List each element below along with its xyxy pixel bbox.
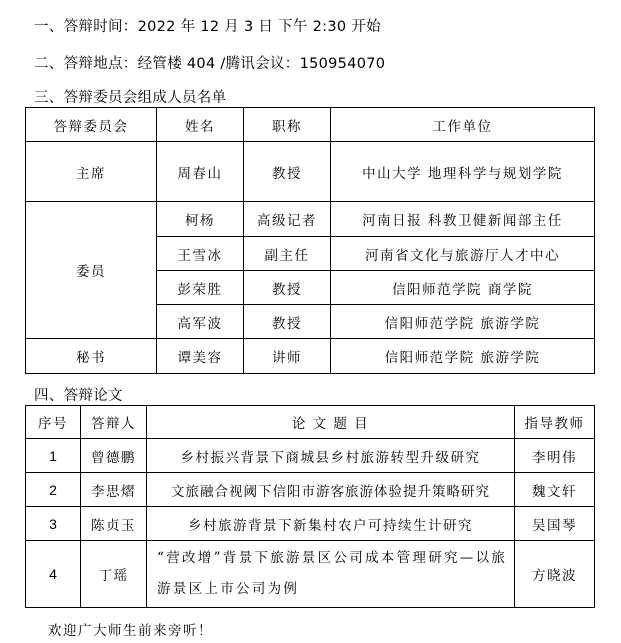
title-cell: 教授 bbox=[244, 305, 331, 339]
advisor-cell: 李明伟 bbox=[515, 439, 595, 473]
unit-cell: 信阳师范学院 旅游学院 bbox=[331, 305, 595, 339]
column-header: 答辩委员会 bbox=[26, 108, 157, 142]
thesis-section-title: 四、答辩论文 bbox=[34, 384, 123, 405]
title-cell: 教授 bbox=[244, 142, 331, 202]
defense-location: 二、答辩地点：经管楼 404 /腾讯会议：150954070 bbox=[34, 52, 385, 73]
column-header: 答辩人 bbox=[81, 406, 147, 439]
title-cell: 教授 bbox=[244, 271, 331, 305]
title-cell: 讲师 bbox=[244, 339, 331, 374]
committee-table: 答辩委员会 姓名 职称 工作单位 主席 周春山 教授 中山大学 地理科学与规划学… bbox=[25, 107, 595, 374]
index-cell: 3 bbox=[26, 507, 81, 541]
name-cell: 王雪冰 bbox=[157, 237, 244, 271]
student-cell: 陈贞玉 bbox=[81, 507, 147, 541]
table-row: 4 丁瑶 “营改增”背景下旅游景区公司成本管理研究—以旅游景区上市公司为例 方晓… bbox=[26, 541, 595, 608]
name-cell: 周春山 bbox=[157, 142, 244, 202]
table-row: 委员 柯杨 高级记者 河南日报 科教卫健新闻部主任 bbox=[26, 202, 595, 237]
student-cell: 曾德鹏 bbox=[81, 439, 147, 473]
unit-cell: 信阳师范学院 商学院 bbox=[331, 271, 595, 305]
student-cell: 丁瑶 bbox=[81, 541, 147, 608]
advisor-cell: 方晓波 bbox=[515, 541, 595, 608]
name-cell: 高军波 bbox=[157, 305, 244, 339]
role-cell: 主席 bbox=[26, 142, 157, 202]
column-header: 指导教师 bbox=[515, 406, 595, 439]
advisor-cell: 吴国琴 bbox=[515, 507, 595, 541]
role-cell: 秘书 bbox=[26, 339, 157, 374]
table-row: 秘书 谭美容 讲师 信阳师范学院 旅游学院 bbox=[26, 339, 595, 374]
column-header: 姓名 bbox=[157, 108, 244, 142]
table-row: 1 曾德鹏 乡村振兴背景下商城县乡村旅游转型升级研究 李明伟 bbox=[26, 439, 595, 473]
topic-cell: 文旅融合视阈下信阳市游客旅游体验提升策略研究 bbox=[147, 473, 515, 507]
unit-cell: 中山大学 地理科学与规划学院 bbox=[331, 142, 595, 202]
table-row: 主席 周春山 教授 中山大学 地理科学与规划学院 bbox=[26, 142, 595, 202]
defense-time: 一、答辩时间：2022 年 12 月 3 日 下午 2:30 开始 bbox=[34, 15, 381, 36]
index-cell: 4 bbox=[26, 541, 81, 608]
thesis-table: 序号 答辩人 论 文 题 目 指导教师 1 曾德鹏 乡村振兴背景下商城县乡村旅游… bbox=[25, 405, 595, 608]
name-cell: 柯杨 bbox=[157, 202, 244, 237]
advisor-cell: 魏文轩 bbox=[515, 473, 595, 507]
name-cell: 彭荣胜 bbox=[157, 271, 244, 305]
table-row: 3 陈贞玉 乡村旅游背景下新集村农户可持续生计研究 吴国琴 bbox=[26, 507, 595, 541]
column-header: 论 文 题 目 bbox=[147, 406, 515, 439]
unit-cell: 河南日报 科教卫健新闻部主任 bbox=[331, 202, 595, 237]
thesis-header-row: 序号 答辩人 论 文 题 目 指导教师 bbox=[26, 406, 595, 439]
student-cell: 李思熠 bbox=[81, 473, 147, 507]
name-cell: 谭美容 bbox=[157, 339, 244, 374]
unit-cell: 河南省文化与旅游厅人才中心 bbox=[331, 237, 595, 271]
topic-cell: “营改增”背景下旅游景区公司成本管理研究—以旅游景区上市公司为例 bbox=[147, 541, 515, 608]
topic-cell: 乡村振兴背景下商城县乡村旅游转型升级研究 bbox=[147, 439, 515, 473]
index-cell: 2 bbox=[26, 473, 81, 507]
welcome-note: 欢迎广大师生前来旁听！ bbox=[48, 619, 213, 639]
title-cell: 高级记者 bbox=[244, 202, 331, 237]
title-cell: 副主任 bbox=[244, 237, 331, 271]
unit-cell: 信阳师范学院 旅游学院 bbox=[331, 339, 595, 374]
table-row: 2 李思熠 文旅融合视阈下信阳市游客旅游体验提升策略研究 魏文轩 bbox=[26, 473, 595, 507]
topic-cell: 乡村旅游背景下新集村农户可持续生计研究 bbox=[147, 507, 515, 541]
column-header: 职称 bbox=[244, 108, 331, 142]
index-cell: 1 bbox=[26, 439, 81, 473]
committee-section-title: 三、答辩委员会组成人员名单 bbox=[34, 86, 226, 107]
committee-header-row: 答辩委员会 姓名 职称 工作单位 bbox=[26, 108, 595, 142]
column-header: 工作单位 bbox=[331, 108, 595, 142]
column-header: 序号 bbox=[26, 406, 81, 439]
role-cell: 委员 bbox=[26, 202, 157, 339]
